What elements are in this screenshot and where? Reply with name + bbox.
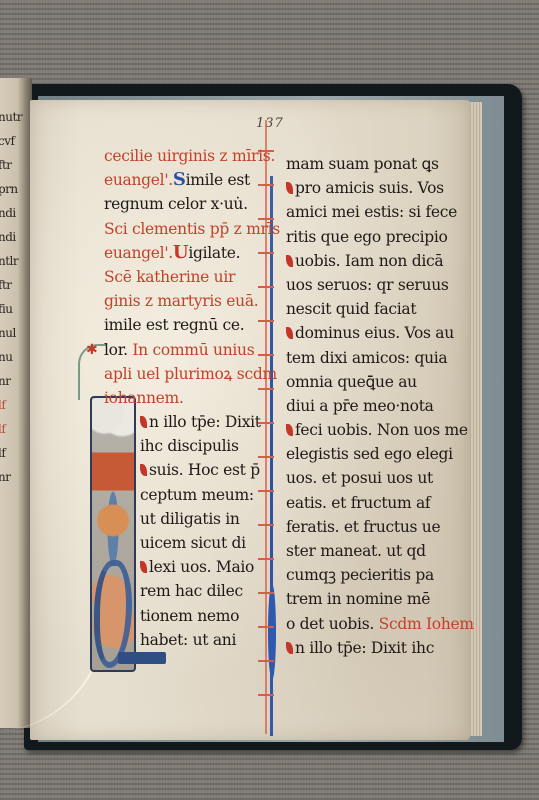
body-text: n illo tp̄e: Dixit ihc bbox=[295, 639, 434, 657]
text-line: regnum celor x·uu̇. bbox=[104, 192, 264, 216]
rubric-text: euangel'. bbox=[104, 171, 173, 189]
facing-page-text-fragment: lf bbox=[0, 444, 5, 462]
penwork-tick bbox=[258, 660, 274, 662]
paragraph-mark-icon bbox=[286, 327, 293, 339]
text-line: pro amicis suis. Vos bbox=[286, 176, 446, 200]
body-text: lexi uos. Maio bbox=[149, 558, 254, 576]
body-text: suis. Hoc est p̄ bbox=[149, 461, 260, 479]
text-line: ster maneat. ut qd bbox=[286, 539, 446, 563]
body-text: lor. bbox=[104, 341, 132, 359]
facing-page-text-fragment: ntlr bbox=[0, 252, 18, 270]
text-line: tem dixi amicos: quia bbox=[286, 346, 446, 370]
facing-page-text-fragment: ftr bbox=[0, 156, 12, 174]
text-line: ginis z martyris euā. bbox=[104, 289, 264, 313]
text-line: ut diligatis in bbox=[104, 507, 264, 531]
text-line: uobis. Iam non dicā bbox=[286, 249, 446, 273]
body-text: uicem sicut di bbox=[140, 534, 246, 552]
asterisk-mark: ✱ bbox=[86, 342, 98, 358]
body-text: diui a pr̄e meo·nota bbox=[286, 397, 434, 415]
body-text: ihc discipulis bbox=[140, 437, 239, 455]
body-text: regnum celor x·uu̇. bbox=[104, 195, 248, 213]
body-text: ster maneat. ut qd bbox=[286, 542, 426, 560]
facing-page-text-fragment: cvf bbox=[0, 132, 14, 150]
facing-page-text-fragment: nr bbox=[0, 372, 10, 390]
paragraph-mark-icon bbox=[286, 642, 293, 654]
facing-page-text-fragment: lf bbox=[0, 396, 5, 414]
text-line: suis. Hoc est p̄ bbox=[104, 458, 264, 482]
body-text: rem hac dilec bbox=[140, 582, 243, 600]
text-line: amici mei estis: si fece bbox=[286, 200, 446, 224]
body-text: imile est regnū ce. bbox=[104, 316, 244, 334]
facing-page-text-fragment: nul bbox=[0, 324, 16, 342]
text-line: Sci clementis pp̄ z mrīs bbox=[104, 217, 264, 241]
body-text: mam suam ponat ꝗs bbox=[286, 155, 439, 173]
facing-page-text-fragment: ftr bbox=[0, 276, 12, 294]
rubric-text: apli uel plurimoꝝ scdm bbox=[104, 365, 277, 383]
body-text: uos. et posui uos ut bbox=[286, 469, 433, 487]
body-text: ut diligatis in bbox=[140, 510, 240, 528]
body-text: igilate. bbox=[188, 244, 240, 262]
rubric-text: ginis z martyris euā. bbox=[104, 292, 258, 310]
text-line: trem in nomine mē bbox=[286, 587, 446, 611]
text-line: nescit quid faciat bbox=[286, 297, 446, 321]
text-line: elegistis sed ego elegi bbox=[286, 442, 446, 466]
paragraph-mark-icon bbox=[286, 182, 293, 194]
body-text: trem in nomine mē bbox=[286, 590, 430, 608]
body-text: uos seruos: qr seruus bbox=[286, 276, 449, 294]
column-divider-flourish bbox=[268, 584, 276, 680]
body-text: cumqꝫ pecieritis pa bbox=[286, 566, 434, 584]
body-text: imile est bbox=[186, 171, 250, 189]
body-text: nescit quid faciat bbox=[286, 300, 416, 318]
text-line: n illo tp̄e: Dixit ihc bbox=[286, 636, 446, 660]
rubric-text: cecilie uirginis z mīris. bbox=[104, 147, 275, 165]
text-line: ritis que ego precipio bbox=[286, 225, 446, 249]
body-text: feratis. et fructus ue bbox=[286, 518, 440, 536]
body-text: tem dixi amicos: quia bbox=[286, 349, 447, 367]
body-text: uobis. Iam non dicā bbox=[295, 252, 443, 270]
paragraph-mark-icon bbox=[140, 464, 147, 476]
body-text: amici mei estis: si fece bbox=[286, 203, 457, 221]
body-text: omnia queꝗ̄ue au bbox=[286, 373, 417, 391]
text-line: mam suam ponat ꝗs bbox=[286, 152, 446, 176]
body-text: elegistis sed ego elegi bbox=[286, 445, 453, 463]
text-line: cecilie uirginis z mīris. bbox=[104, 144, 264, 168]
text-line: tionem nemo bbox=[104, 604, 264, 628]
body-text: n illo tp̄e: Dixit bbox=[149, 413, 261, 431]
body-text: dominus eius. Vos au bbox=[295, 324, 454, 342]
facing-page-text-fragment: lf bbox=[0, 420, 5, 438]
text-line: iohannem. bbox=[104, 386, 264, 410]
text-line: omnia queꝗ̄ue au bbox=[286, 370, 446, 394]
body-text: habet: ut ani bbox=[140, 631, 236, 649]
facing-page-text-fragment: nu bbox=[0, 348, 12, 366]
initial-foot-ornament bbox=[118, 652, 166, 664]
column-divider-red bbox=[265, 120, 267, 734]
text-line: euangel'.Uigilate. bbox=[104, 241, 264, 265]
text-column-right: mam suam ponat ꝗspro amicis suis. Vosami… bbox=[286, 152, 446, 660]
text-line: eatis. et fructum af bbox=[286, 491, 446, 515]
rubric-text: In commū unius bbox=[132, 341, 254, 359]
rubric-text: Sci clementis pp̄ z mrīs bbox=[104, 220, 280, 238]
paragraph-mark-icon bbox=[286, 255, 293, 267]
text-line: ihc discipulis bbox=[104, 434, 264, 458]
facing-page-text-fragment: nr bbox=[0, 468, 10, 486]
rubric-text: iohannem. bbox=[104, 389, 184, 407]
rubric-text: euangel'. bbox=[104, 244, 173, 262]
text-line: imile est regnū ce. bbox=[104, 313, 264, 337]
body-text: tionem nemo bbox=[140, 607, 239, 625]
facing-page-text-fragment: nutr bbox=[0, 108, 22, 126]
decorated-initial: S bbox=[173, 169, 186, 190]
text-line: lor. In commū unius bbox=[104, 338, 264, 362]
body-text: pro amicis suis. Vos bbox=[295, 179, 444, 197]
facing-page-text-fragment: ndi bbox=[0, 228, 16, 246]
text-line: uos. et posui uos ut bbox=[286, 466, 446, 490]
paragraph-mark-icon bbox=[140, 416, 147, 428]
text-line: Scē katherine uir bbox=[104, 265, 264, 289]
left-page-edge: nutrcvfftrprnndindintlrftrfiunulnunrlflf… bbox=[0, 78, 32, 728]
text-line: lexi uos. Maio bbox=[104, 555, 264, 579]
text-line: rem hac dilec bbox=[104, 579, 264, 603]
facing-page-text-fragment: prn bbox=[0, 180, 18, 198]
body-text: o det uobis. bbox=[286, 615, 379, 633]
body-text: eatis. et fructum af bbox=[286, 494, 430, 512]
folio-number: 137 bbox=[256, 116, 284, 131]
text-line: cumqꝫ pecieritis pa bbox=[286, 563, 446, 587]
text-line: habet: ut ani bbox=[104, 628, 264, 652]
paragraph-mark-icon bbox=[286, 424, 293, 436]
text-line: diui a pr̄e meo·nota bbox=[286, 394, 446, 418]
facing-page-text-fragment: fiu bbox=[0, 300, 13, 318]
body-text: ceptum meum: bbox=[140, 486, 254, 504]
text-line: feratis. et fructus ue bbox=[286, 515, 446, 539]
rubric-text: Scē katherine uir bbox=[104, 268, 235, 286]
text-line: feci uobis. Non uos me bbox=[286, 418, 446, 442]
decorated-initial: U bbox=[173, 242, 188, 263]
text-line: euangel'.Simile est bbox=[104, 168, 264, 192]
text-line: n illo tp̄e: Dixit bbox=[104, 410, 264, 434]
text-line: uos seruos: qr seruus bbox=[286, 273, 446, 297]
text-line: ceptum meum: bbox=[104, 483, 264, 507]
text-line: apli uel plurimoꝝ scdm bbox=[104, 362, 264, 386]
paragraph-mark-icon bbox=[140, 561, 147, 573]
rubric-text: Scdm Iohem bbox=[379, 615, 474, 633]
text-line: o det uobis. Scdm Iohem bbox=[286, 612, 446, 636]
body-text: ritis que ego precipio bbox=[286, 228, 448, 246]
text-column-left: cecilie uirginis z mīris.euangel'.Simile… bbox=[104, 144, 264, 652]
page-edges bbox=[468, 102, 482, 736]
facing-page-text-fragment: ndi bbox=[0, 204, 16, 222]
penwork-tick bbox=[258, 694, 274, 696]
text-line: uicem sicut di bbox=[104, 531, 264, 555]
body-text: feci uobis. Non uos me bbox=[295, 421, 468, 439]
text-line: dominus eius. Vos au bbox=[286, 321, 446, 345]
